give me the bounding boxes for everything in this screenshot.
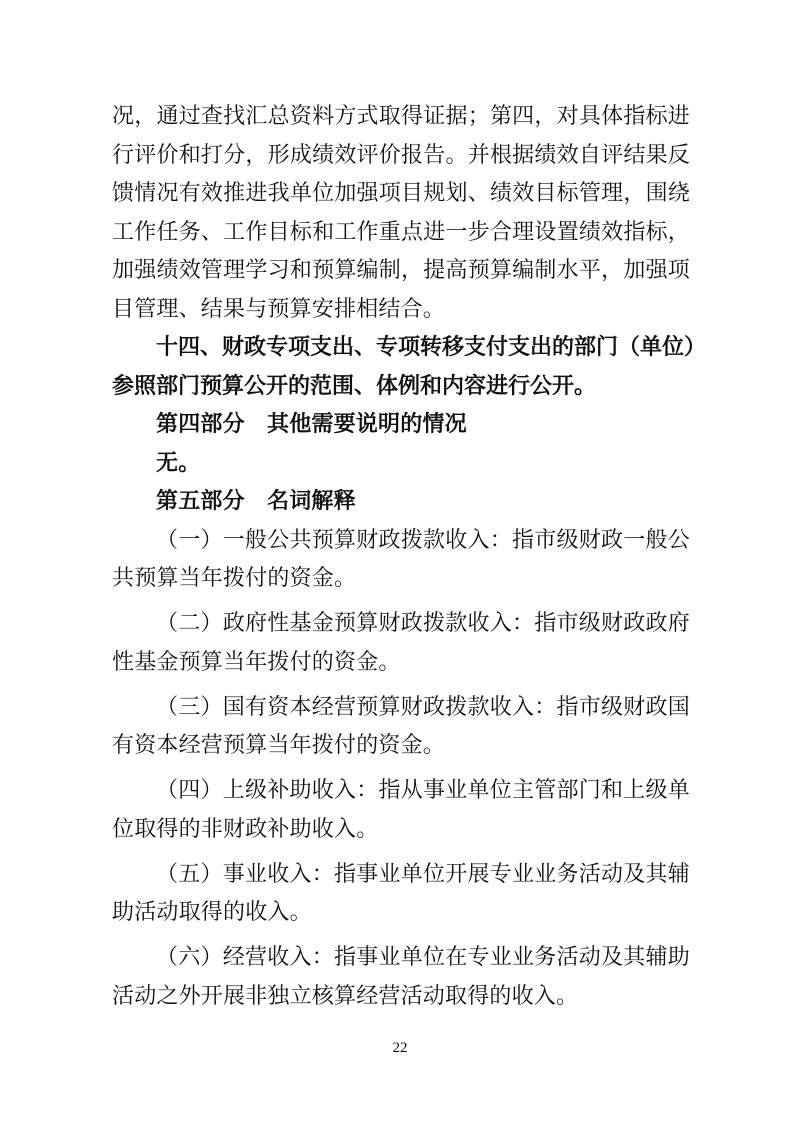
document-content: 况，通过查找汇总资料方式取得证据；第四，对具体指标进 行评价和打分，形成绩效评价… [112, 97, 690, 1015]
part-body-none: 无。 [112, 444, 690, 483]
part-heading: 第四部分 其他需要说明的情况 [112, 405, 690, 444]
text-line: 工作任务、工作目标和工作重点进一步合理设置绩效指标， [112, 213, 690, 252]
text-line: 行评价和打分，形成绩效评价报告。并根据绩效自评结果反 [112, 136, 690, 175]
part-heading: 第五部分 名词解释 [112, 482, 690, 521]
definition-line: （六）经营收入：指事业单位在专业业务活动及其辅助 [112, 938, 690, 977]
page-number: 22 [0, 1038, 800, 1058]
definition-line: （五）事业收入：指事业单位开展专业业务活动及其辅 [112, 855, 690, 894]
definition-line: 助活动取得的收入。 [112, 893, 690, 932]
section-heading-line: 参照部门预算公开的范围、体例和内容进行公开。 [112, 367, 690, 406]
text-line: 加强绩效管理学习和预算编制，提高预算编制水平，加强项 [112, 251, 690, 290]
definition-line: （四）上级补助收入：指从事业单位主管部门和上级单 [112, 771, 690, 810]
document-page: 况，通过查找汇总资料方式取得证据；第四，对具体指标进 行评价和打分，形成绩效评价… [0, 0, 800, 1131]
definition-line: （一）一般公共预算财政拨款收入：指市级财政一般公 [112, 521, 690, 560]
definition-line: （二）政府性基金预算财政拨款收入：指市级财政政府 [112, 604, 690, 643]
text-line: 目管理、结果与预算安排相结合。 [112, 290, 690, 329]
definition-line: 性基金预算当年拨付的资金。 [112, 643, 690, 682]
text-line: 况，通过查找汇总资料方式取得证据；第四，对具体指标进 [112, 97, 690, 136]
definition-line: 共预算当年拨付的资金。 [112, 559, 690, 598]
definition-line: 活动之外开展非独立核算经营活动取得的收入。 [112, 977, 690, 1016]
definition-line: 位取得的非财政补助收入。 [112, 810, 690, 849]
definition-line: 有资本经营预算当年拨付的资金。 [112, 726, 690, 765]
section-heading-line: 十四、财政专项支出、专项转移支付支出的部门（单位） [112, 328, 690, 367]
text-line: 馈情况有效推进我单位加强项目规划、绩效目标管理，围绕 [112, 174, 690, 213]
definition-line: （三）国有资本经营预算财政拨款收入：指市级财政国 [112, 688, 690, 727]
